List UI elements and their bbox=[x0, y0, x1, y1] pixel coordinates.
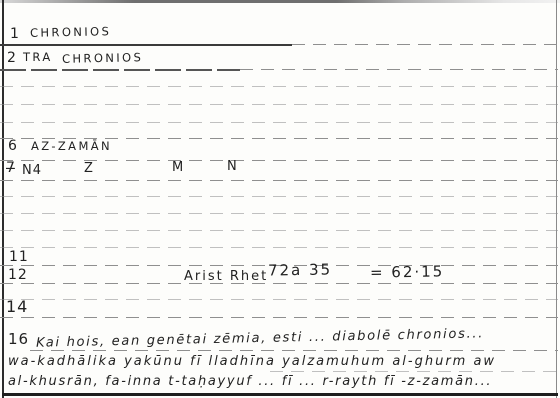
siglum-n: N bbox=[227, 160, 238, 173]
ruled-line bbox=[0, 283, 558, 284]
line-number-2: 2 bbox=[7, 51, 17, 65]
arabic-transliteration-2: al-khusrān, fa-inna t-taḥayyuf ... fī ..… bbox=[8, 375, 492, 388]
headword-az-zaman: AZ-ZAMĀN bbox=[31, 141, 112, 153]
line-number-16: 16 bbox=[8, 332, 29, 347]
ruled-line bbox=[0, 122, 558, 123]
citation-arist-rhet: Arist Rhet bbox=[184, 270, 268, 283]
siglum-m: M bbox=[172, 161, 184, 174]
ruled-line bbox=[0, 247, 558, 248]
line-number-6: 6 bbox=[8, 139, 18, 153]
headword-chronios-2: CHRONIOS bbox=[62, 52, 143, 65]
line-number-14: 14 bbox=[6, 299, 28, 315]
ruled-line bbox=[30, 350, 558, 351]
card-bottom-edge bbox=[2, 393, 558, 396]
line-number-1: 1 bbox=[10, 27, 20, 41]
ruled-line bbox=[0, 86, 558, 87]
greek-quotation: Kai hois, ean genētai zēmia, esti ... di… bbox=[36, 327, 484, 349]
siglum-z: Z bbox=[84, 162, 94, 175]
ruled-line bbox=[240, 69, 558, 70]
citation-locus: 72a 35 bbox=[268, 262, 332, 278]
headword-chronios-1: CHRONIOS bbox=[30, 26, 111, 39]
arabic-transliteration-1: wa-kadhālika yakūnu fī lladhīna yalzamuh… bbox=[8, 355, 496, 368]
card-top-edge bbox=[0, 0, 560, 3]
line-number-12: 12 bbox=[8, 268, 28, 282]
ruled-line bbox=[0, 317, 558, 318]
siglum-n4: N4 bbox=[22, 164, 42, 177]
ruled-line bbox=[0, 213, 558, 214]
ruled-line bbox=[0, 69, 240, 71]
ruled-line bbox=[292, 44, 558, 45]
citation-equivalence: = 62·15 bbox=[370, 264, 445, 280]
ruled-line bbox=[0, 180, 558, 181]
ruled-line bbox=[0, 44, 292, 46]
index-card: 1 CHRONIOS 2 TRA CHRONIOS 6 AZ-ZAMĀN 7̶ … bbox=[0, 0, 560, 398]
ruled-line bbox=[270, 371, 558, 372]
ruled-line bbox=[0, 299, 558, 300]
card-right-edge bbox=[556, 0, 557, 398]
prefix-tra: TRA bbox=[23, 52, 53, 64]
ruled-line bbox=[0, 196, 558, 197]
line-number-11: 11 bbox=[9, 250, 29, 264]
ruled-line bbox=[0, 230, 558, 231]
card-left-edge bbox=[2, 0, 4, 398]
line-number-7: 7̶ bbox=[6, 161, 16, 175]
ruled-line bbox=[0, 104, 558, 105]
